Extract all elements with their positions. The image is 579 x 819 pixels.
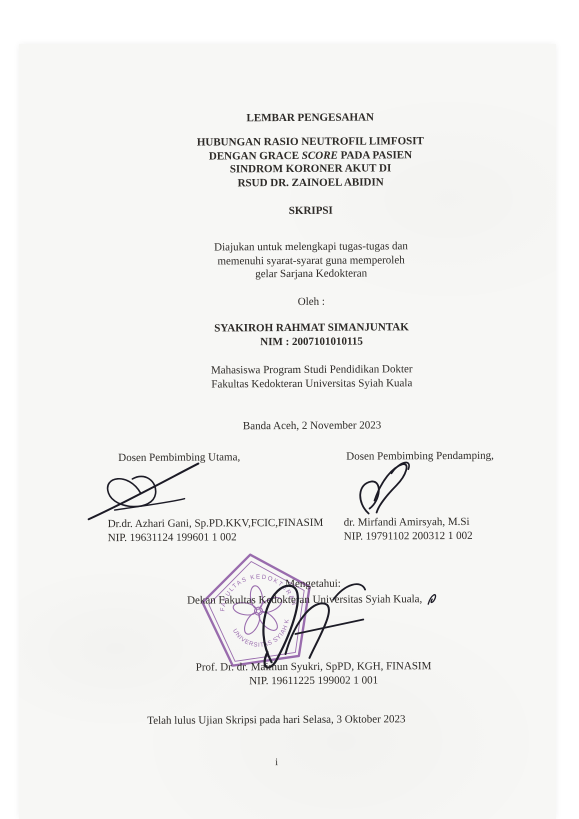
page-title: LEMBAR PENGESAHAN	[18, 110, 579, 127]
document-type: SKRIPSI	[19, 203, 579, 220]
scanned-document-page: LEMBAR PENGESAHAN HUBUNGAN RASIO NEUTROF…	[0, 0, 579, 819]
co-supervisor-signature	[348, 455, 422, 521]
program-block: Mahasiswa Program Studi Pendidikan Dokte…	[20, 362, 579, 392]
author-block: SYAKIROH RAHMAT SIMANJUNTAK NIM : 200710…	[19, 320, 579, 350]
pass-statement: Telah lulus Ujian Skripsi pada hari Sela…	[2, 712, 551, 729]
thesis-title-line2-italic: SCORE	[302, 149, 338, 161]
primary-supervisor-nip: NIP. 19631124 199601 1 002	[108, 531, 237, 545]
page-number: i	[2, 755, 551, 769]
co-supervisor-name: dr. Mirfandi Amirsyah, M.Si	[344, 516, 470, 530]
program-line2: Fakultas Kedokteran Universitas Syiah Ku…	[42, 376, 579, 393]
co-supervisor-nip: NIP. 19791102 200312 1 002	[344, 530, 473, 544]
primary-supervisor-signature	[82, 459, 206, 524]
dean-nip: NIP. 19611225 199002 1 001	[22, 673, 579, 690]
dean-paraph-mark	[425, 590, 439, 606]
place-date: Banda Aceh, 2 November 2023	[20, 418, 579, 435]
thesis-title-line2-pre: DENGAN GRACE	[209, 149, 302, 162]
primary-supervisor-name: Dr.dr. Azhari Gani, Sp.PD.KKV,FCIC,FINAS…	[108, 517, 324, 532]
by-label: Oleh :	[19, 294, 579, 311]
author-nim: NIM : 2007101010115	[42, 334, 579, 351]
thesis-title-line2-post: PADA PASIEN	[338, 149, 412, 161]
thesis-title-block: HUBUNGAN RASIO NEUTROFIL LIMFOSIT DENGAN…	[18, 134, 579, 191]
dean-signature	[233, 567, 394, 670]
purpose-line3: gelar Sarjana Kedokteran	[41, 266, 579, 283]
purpose-block: Diajukan untuk melengkapi tugas-tugas da…	[19, 239, 579, 283]
thesis-title-line4: RSUD DR. ZAINOEL ABIDIN	[41, 175, 579, 192]
page-content: LEMBAR PENGESAHAN HUBUNGAN RASIO NEUTROF…	[0, 0, 579, 819]
